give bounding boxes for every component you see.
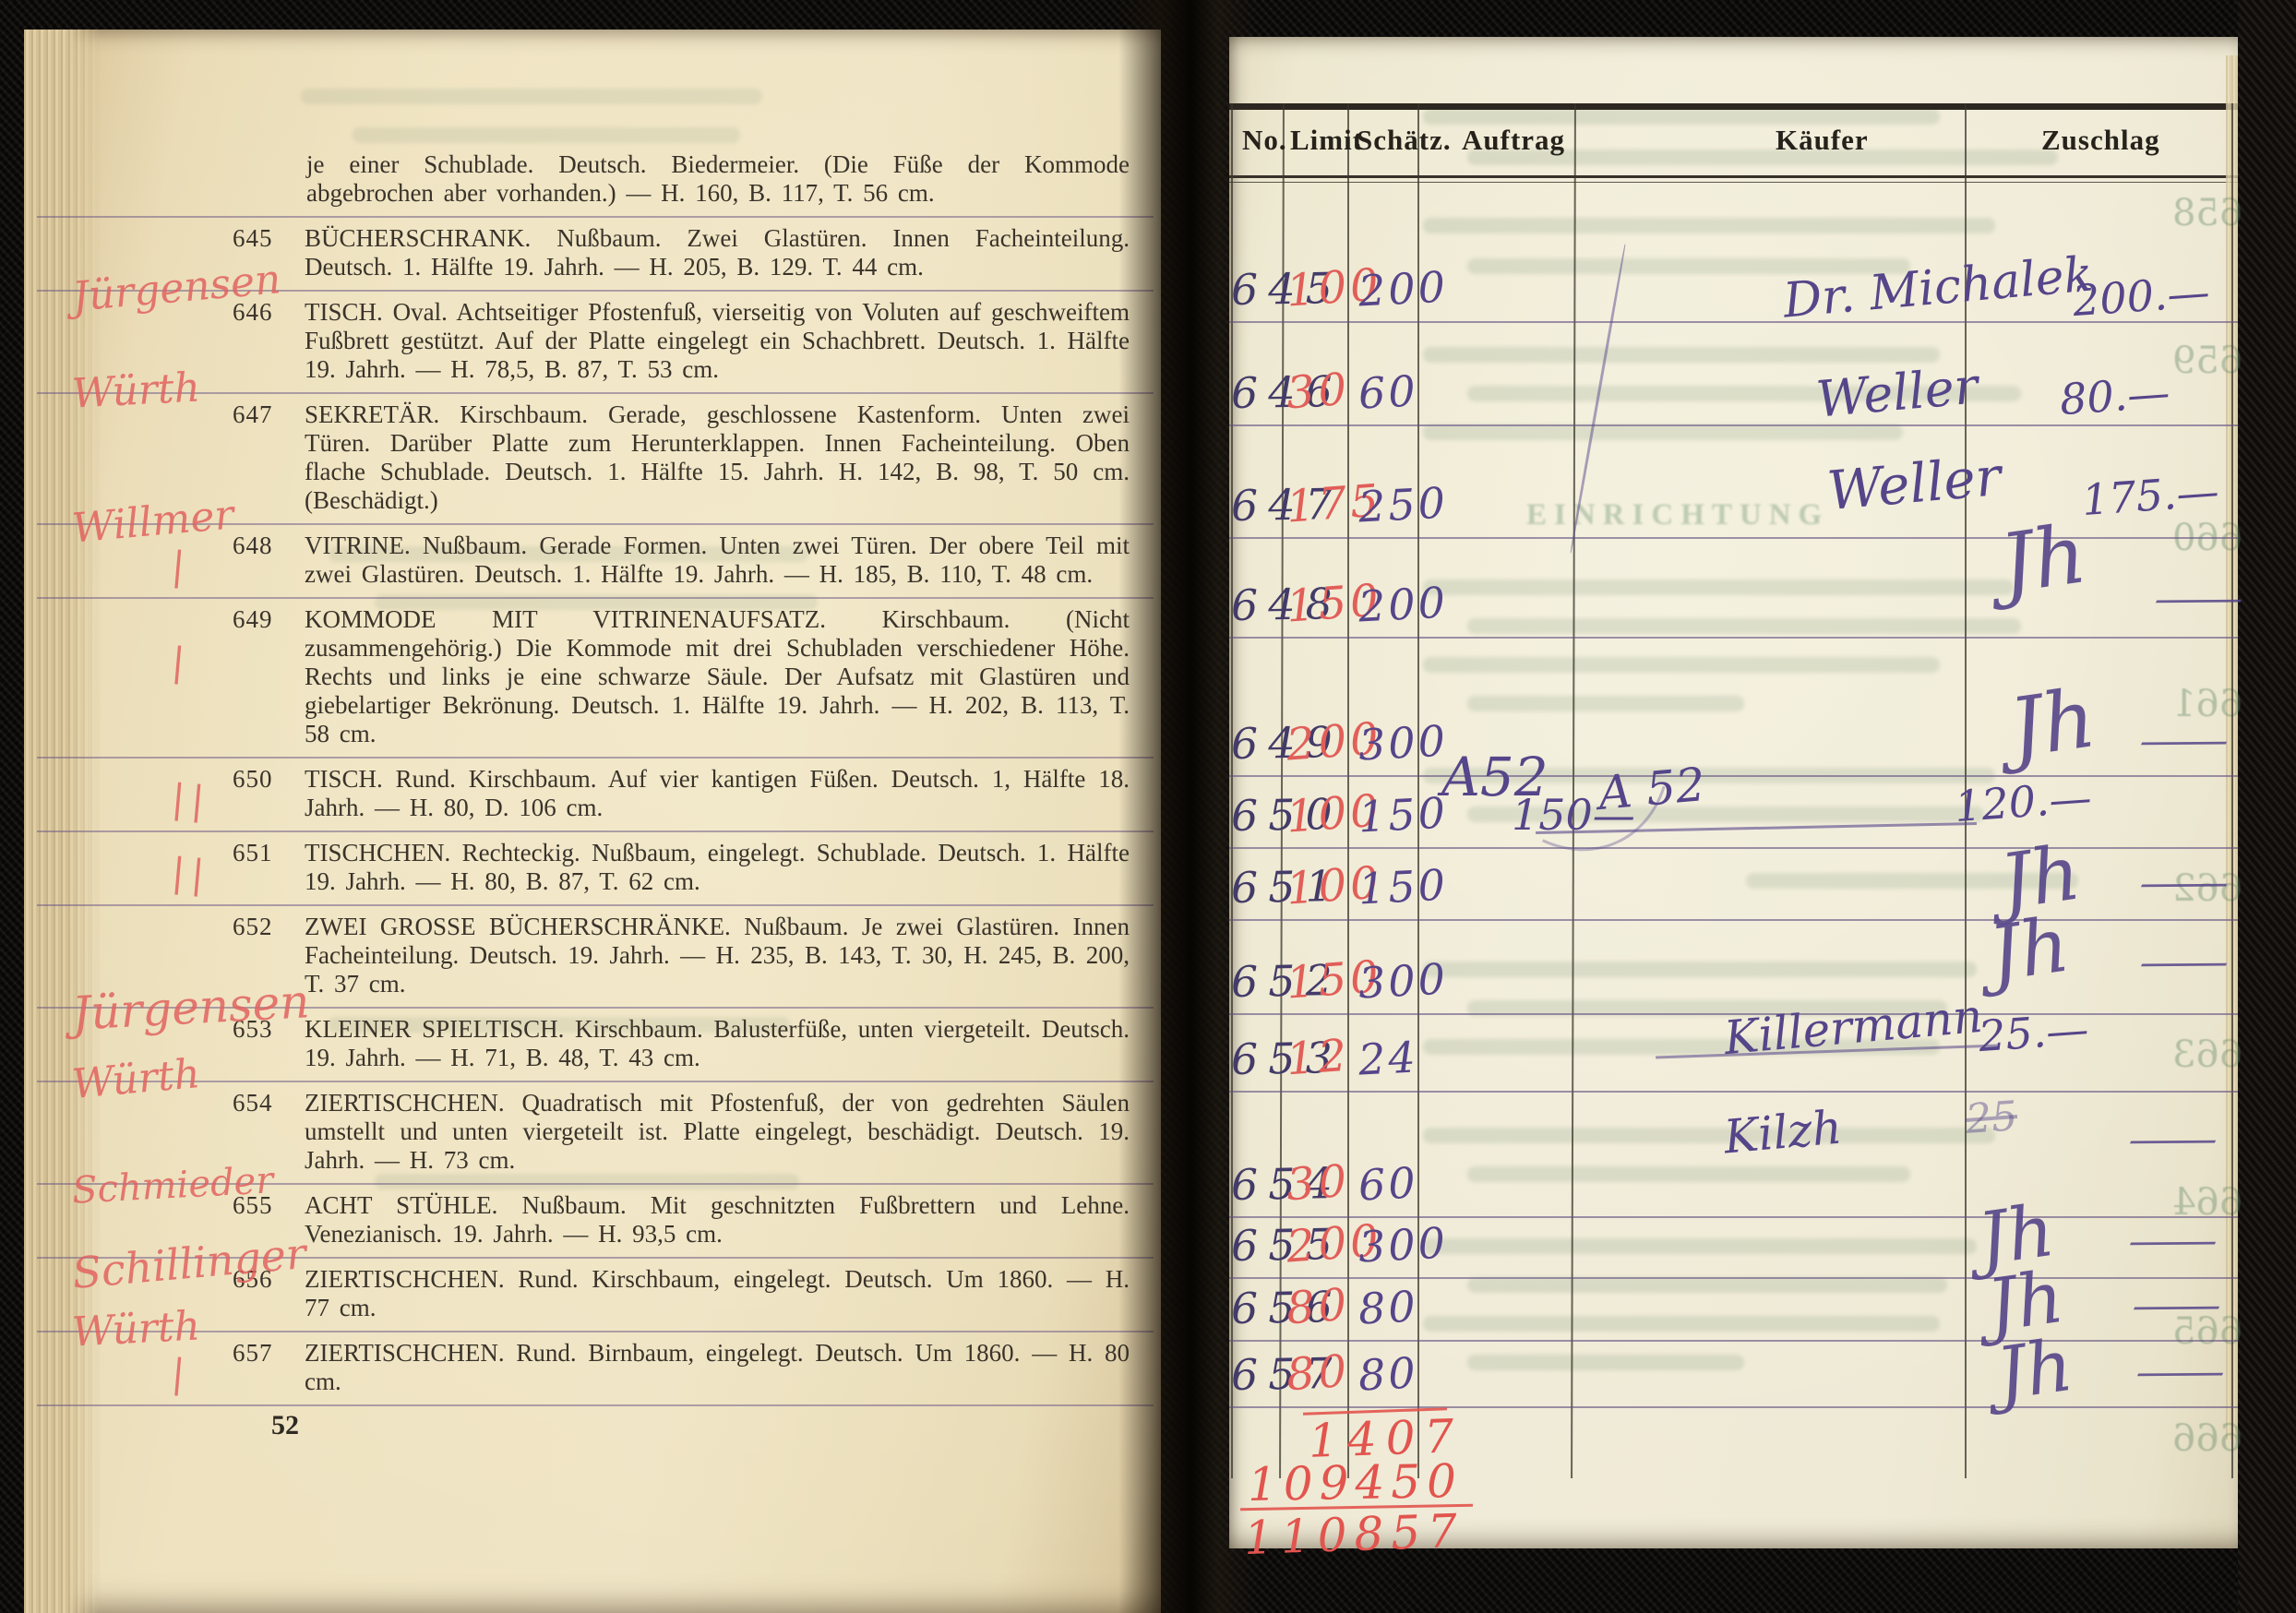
showthrough-text-bar [353,127,740,143]
entry-text: SEKRETÄR. Kirschbaum. Gerade, geschlosse… [305,400,1130,515]
cell-hammer-price: — [2136,717,2231,763]
ledger-row: 655 200 300 Jh — [1229,1218,2238,1279]
entry-text: ZIERTISCHCHEN. Quadratisch mit Pfostenfu… [305,1089,1130,1175]
entry-text: TISCH. Rund. Kirschbaum. Auf vier kantig… [305,765,1130,822]
cell-buyer: A 52 [1596,758,1707,820]
showthrough-text-bar [301,89,762,104]
entry-number: 651 [233,839,292,896]
column-header: Auftrag [1462,124,1565,157]
book-cover-right [2238,0,2296,1613]
entry-continuation-text: je einer Schublade. Deutsch. Biedermeier… [306,150,1130,208]
cell-estimate: 300 [1357,716,1450,771]
margin-annotation: Würth [71,364,201,417]
cell-buyer: Jh [1994,506,2091,612]
cell-hammer-price: 80.— [2058,367,2171,424]
table-header: No.LimitSchätz.AuftragKäuferZuschlag [1229,116,2238,172]
entry-continuation: je einer Schublade. Deutsch. Biedermeier… [37,144,1154,218]
cell-estimate: 80 [1357,1347,1419,1400]
cell-estimate: 24 [1357,1032,1419,1084]
cell-hammer-price: — [2125,1116,2220,1162]
entry-text: VITRINE. Nußbaum. Gerade Formen. Unten z… [305,532,1130,589]
right-page-ledger: EINRICHTUNG 658659660661662663664665666 … [1229,37,2238,1548]
cell-hammer-price: 25.— [1977,1004,2090,1061]
cell-estimate: 150 [1357,860,1450,914]
cell-estimate: 300 [1357,954,1450,1009]
margin-tick: || [170,776,212,825]
entry-text: ZIERTISCHCHEN. Rund. Birnbaum, eingelegt… [305,1339,1130,1396]
cell-buyer: Jh [2003,670,2100,776]
cell-buyer: Jh [1984,901,2075,998]
entry-number: 648 [233,532,292,589]
entry-number: 646 [233,298,292,384]
cell-estimate: 200 [1357,578,1450,632]
catalog-entry: 647 SEKRETÄR. Kirschbaum. Gerade, geschl… [37,394,1154,525]
ledger-rows: 645 100 200 Dr. Michalek 200.— 646 30 60… [1229,183,2238,1408]
entry-text: TISCHCHEN. Rechteckig. Nußbaum, eingeleg… [305,839,1130,896]
catalog-entry: 650 TISCH. Rund. Kirschbaum. Auf vier ka… [37,759,1154,832]
carry-forward: 109450 [1248,1454,1464,1511]
ledger-row: 647 175 250 Weller 175.— [1229,426,2238,539]
ledger-row: 645 100 200 Dr. Michalek 200.— [1229,183,2238,323]
catalog-entry: 657 ZIERTISCHCHEN. Rund. Birnbaum, einge… [37,1332,1154,1406]
cell-buyer: Weller [1824,445,2003,522]
ledger-row: 656 80 80 Jh — [1229,1279,2238,1342]
cell-estimate: 80 [1357,1281,1419,1333]
cell-limit: 12 [1285,1030,1352,1086]
cell-hammer-price: 175.— [2080,466,2220,525]
cell-buyer: Weller [1814,356,1980,428]
cell-limit: 80 [1285,1279,1352,1335]
cell-estimate: 150 [1357,788,1450,842]
grand-total: 110857 [1243,1504,1465,1565]
margin-tick: || [170,850,212,899]
cell-buyer: Jh [1991,1324,2077,1416]
ledger-row: 653 12 24 Killermann 25.— [1229,1015,2238,1093]
cell-hammer-price: — [2133,1348,2228,1394]
cell-hammer-price: 200.— [2071,267,2211,326]
ledger-row: 649 200 300 Jh — [1229,639,2238,777]
entry-text: ZWEI GROSSE BÜCHERSCHRÄNKE. Nußbaum. Je … [305,913,1130,998]
page-number: 52 [271,1410,299,1441]
cell-estimate: 300 [1357,1218,1450,1272]
ledger-row: 657 80 80 Jh — [1229,1342,2238,1408]
book-photo: je einer Schublade. Deutsch. Biedermeier… [0,0,2296,1613]
entry-text: TISCH. Oval. Achtseitiger Pfostenfuß, vi… [305,298,1130,384]
entry-number: 649 [233,605,292,748]
ledger-row: 650 100 150 A52 150— A 52 120.— [1229,777,2238,849]
cell-hammer-price: 120.— [1953,772,2093,831]
ledger-row: 646 30 60 Weller 80.— [1229,323,2238,426]
column-header: Käufer [1776,124,1869,157]
entry-number: 650 [233,765,292,822]
ledger-row: 654 30 60 Kilzh — [1229,1093,2238,1218]
margin-tick: | [170,543,193,590]
entry-text: ZIERTISCHCHEN. Rund. Kirschbaum, eingele… [305,1265,1130,1322]
catalog-entries: je einer Schublade. Deutsch. Biedermeier… [37,144,1154,1406]
column-header: Zuschlag [2041,124,2160,157]
margin-tick: | [170,639,193,687]
column-header: No. [1242,124,1287,157]
cell-buyer: Dr. Michalek [1781,246,2095,329]
entry-number: 647 [233,400,292,515]
cell-hammer-price: — [2136,938,2231,985]
crossed-out-price: 25 [1964,1093,2018,1143]
entry-text: KOMMODE MIT VITRINENAUFSATZ. Kirschbaum.… [305,605,1130,748]
column-header: Limit [1290,124,1363,157]
cell-estimate: 60 [1357,365,1419,418]
cell-limit: 30 [1285,1155,1352,1212]
cell-hammer-price: — [2129,1282,2224,1328]
cell-estimate: 250 [1357,478,1450,532]
cell-limit: 80 [1285,1345,1352,1402]
cell-estimate: 60 [1357,1157,1419,1210]
catalog-entry: 654 ZIERTISCHCHEN. Quadratisch mit Pfost… [37,1082,1154,1185]
catalog-entry: 649 KOMMODE MIT VITRINENAUFSATZ. Kirschb… [37,599,1154,759]
ledger-row: 652 150 300 Jh — [1229,921,2238,1015]
cell-hammer-price: — [2151,575,2246,621]
catalog-entry: 651 TISCHCHEN. Rechteckig. Nußbaum, eing… [37,832,1154,906]
entry-text: BÜCHERSCHRANK. Nußbaum. Zwei Glastüren. … [305,224,1130,281]
column-header: Schätz. [1357,124,1452,157]
left-page: je einer Schublade. Deutsch. Biedermeier… [24,30,1161,1613]
ledger-row: 648 150 200 Jh — [1229,539,2238,639]
cell-hammer-price: — [2125,1217,2220,1263]
cell-buyer: Kilzh [1722,1101,1844,1165]
margin-annotation: Würth [71,1302,201,1356]
entry-text: KLEINER SPIELTISCH. Kirschbaum. Baluster… [305,1015,1130,1072]
catalog-entry: 652 ZWEI GROSSE BÜCHERSCHRÄNKE. Nußbaum.… [37,906,1154,1009]
catalog-entry: 645 BÜCHERSCHRANK. Nußbaum. Zwei Glastür… [37,218,1154,292]
cell-limit: 30 [1285,364,1352,420]
entry-text: ACHT STÜHLE. Nußbaum. Mit geschnitzten F… [305,1191,1130,1249]
cell-estimate: 200 [1357,262,1450,317]
ledger-row: 651 100 150 Jh — [1229,849,2238,921]
entry-number: 657 [233,1339,292,1396]
margin-tick: | [170,1350,193,1397]
cell-hammer-price: — [2136,859,2231,905]
